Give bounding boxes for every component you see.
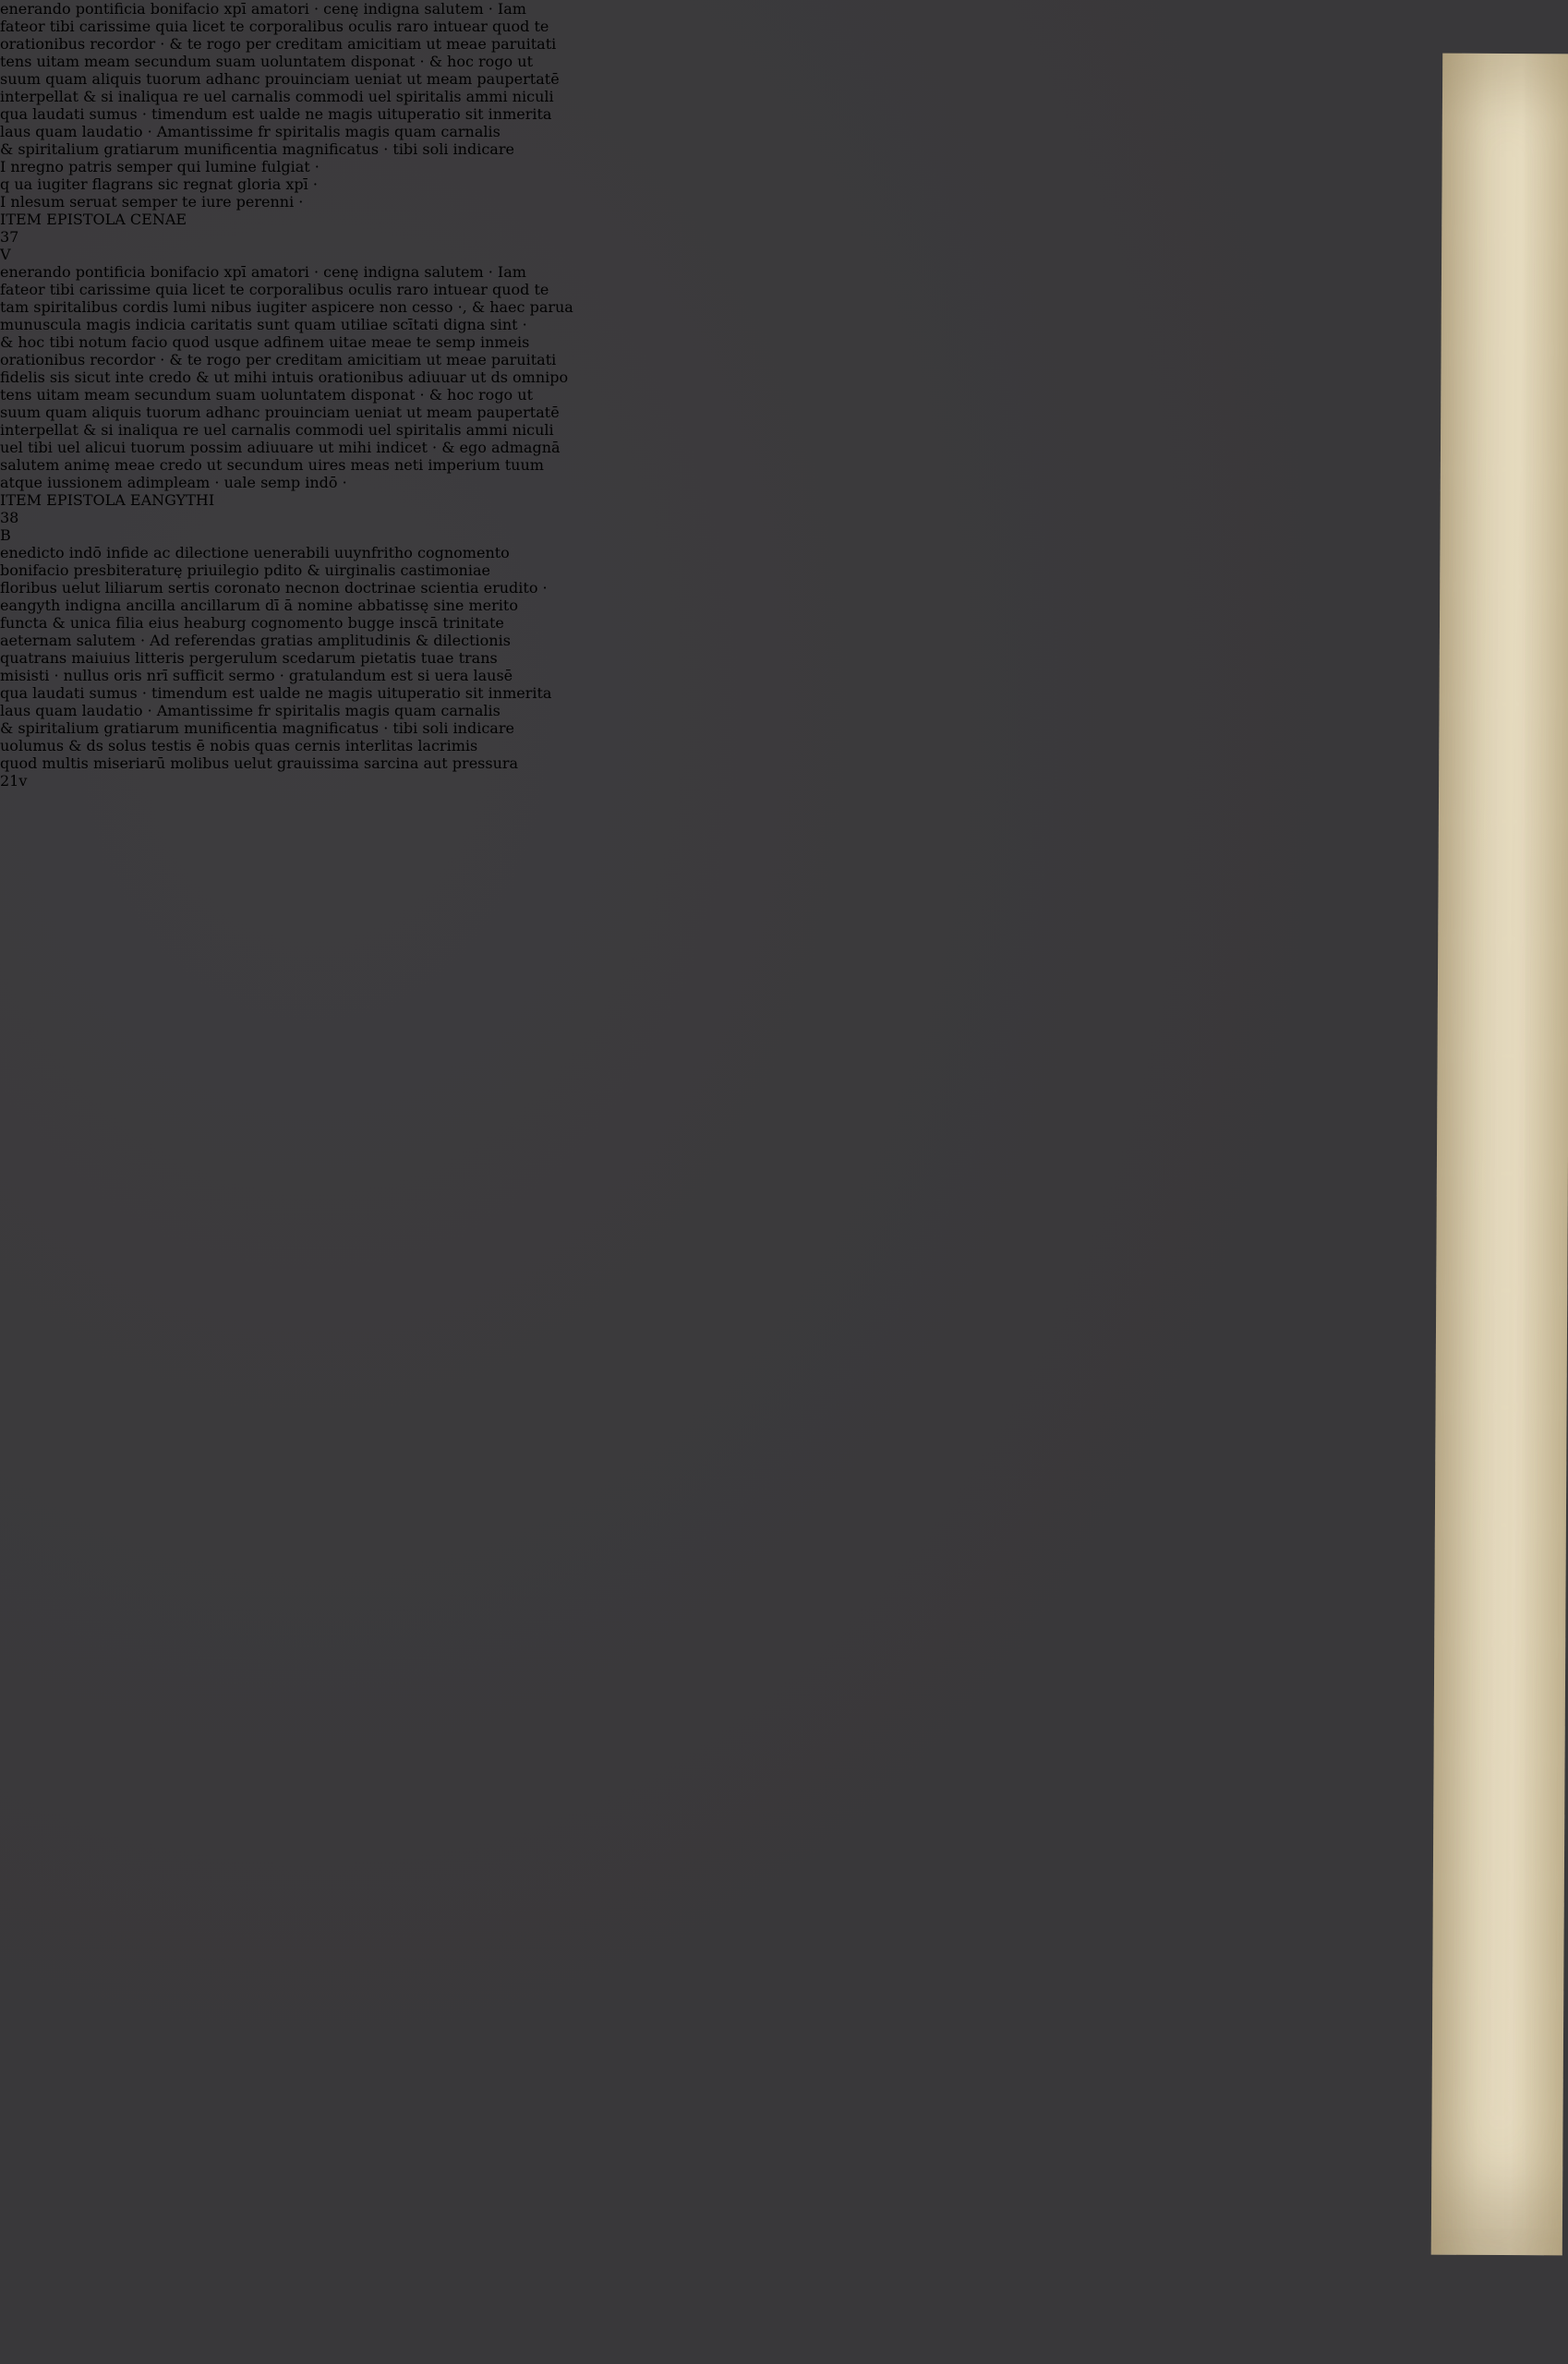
verse-line: I nregno patris semper qui lumine fulgia… <box>0 158 1568 175</box>
text-line: laus quam laudatio · Amantissime fr spir… <box>0 702 1568 719</box>
folio-number-suffix: v <box>18 772 27 790</box>
text-line: atque iussionem adimpleam · uale semp in… <box>0 474 1568 491</box>
rubric-epistola-cenae: ITEM EPISTOLA CENAE <box>0 211 1568 228</box>
text-line: interpellat & si inaliqua re uel carnali… <box>0 421 1568 439</box>
text-line: orationibus recordor · & te rogo per cre… <box>0 351 1568 368</box>
text-line: enerando pontificia bonifacio xpī amator… <box>0 263 1568 281</box>
text-line: bonifacio presbiteraturę priuilegio pdit… <box>0 561 1568 579</box>
text-line: uel tibi uel alicui tuorum possim adiuua… <box>0 439 1568 456</box>
text-line: qua laudati sumus · timendum est ualde n… <box>0 684 1568 702</box>
parchment-leaf: enerando pontificia bonifacio xpī amator… <box>0 0 1568 790</box>
ink-showthrough: enerando pontificia bonifacio xpī amator… <box>0 0 1568 70</box>
text-line: munuscula magis indicia caritatis sunt q… <box>0 316 1568 333</box>
text-line: floribus uelut liliarum sertis coronato … <box>0 579 1568 597</box>
text-line: & hoc tibi notum facio quod usque adfine… <box>0 333 1568 351</box>
text-line: eangyth indigna ancilla ancillarum dī ā … <box>0 597 1568 614</box>
letter-cenae-opening: enerando pontificia bonifacio xpī amator… <box>0 263 1568 333</box>
text-line: salutem animę meae credo ut secundum uir… <box>0 456 1568 474</box>
margin-letter-number-38: 38 <box>0 509 1568 526</box>
verse-lines: I nregno patris semper qui lumine fulgia… <box>0 158 1568 211</box>
ink-showthrough: qua laudati sumus · timendum est ualde n… <box>0 105 1568 158</box>
folio-number: 21v <box>0 772 1568 790</box>
decorated-initial-v: V <box>0 246 1568 263</box>
text-line: fateor tibi carissime quia licet te corp… <box>0 281 1568 298</box>
text-line: quatrans maiuius litteris pergerulum sce… <box>0 649 1568 667</box>
text-line: tam spiritalibus cordis lumi nibus iugit… <box>0 298 1568 316</box>
text-line: functa & unica filia eius heaburg cognom… <box>0 614 1568 632</box>
text-line: tens uitam meam secundum suam uoluntatem… <box>0 386 1568 404</box>
verse-line: q ua iugiter flagrans sic regnat gloria … <box>0 175 1568 193</box>
facing-page-edge <box>1431 54 1568 2256</box>
letter-eangyth-body: enedicto indō infide ac dilectione uener… <box>0 544 1568 772</box>
verse-line: I nlesum seruat semper te iure perenni · <box>0 193 1568 211</box>
text-line: fidelis sis sicut inte credo & ut mihi i… <box>0 368 1568 386</box>
text-line: misisti · nullus oris nrī sufficit sermo… <box>0 667 1568 684</box>
text-line: enedicto indō infide ac dilectione uener… <box>0 544 1568 561</box>
ink-showthrough: suum quam aliquis tuorum adhanc prouinci… <box>0 70 1568 105</box>
rubric-epistola-eangyth: ITEM EPISTOLA EANGYTHI <box>0 491 1568 509</box>
text-line: quod multis miseriarū molibus uelut grau… <box>0 754 1568 772</box>
text-line: aeternam salutem · Ad referendas gratias… <box>0 632 1568 649</box>
book-spine-endband <box>1457 0 1568 68</box>
folio-number-digits: 21 <box>0 772 18 790</box>
text-line: uolumus & ds solus testis ē nobis quas c… <box>0 737 1568 754</box>
text-line: suum quam aliquis tuorum adhanc prouinci… <box>0 404 1568 421</box>
decorated-initial-b: B <box>0 526 1568 544</box>
manuscript-photo: enerando pontificia bonifacio xpī amator… <box>0 0 1568 2364</box>
margin-letter-number-37: 37 <box>0 228 1568 246</box>
letter-cenae-body: & hoc tibi notum facio quod usque adfine… <box>0 333 1568 491</box>
text-line: & spiritalium gratiarum munificentia mag… <box>0 719 1568 737</box>
